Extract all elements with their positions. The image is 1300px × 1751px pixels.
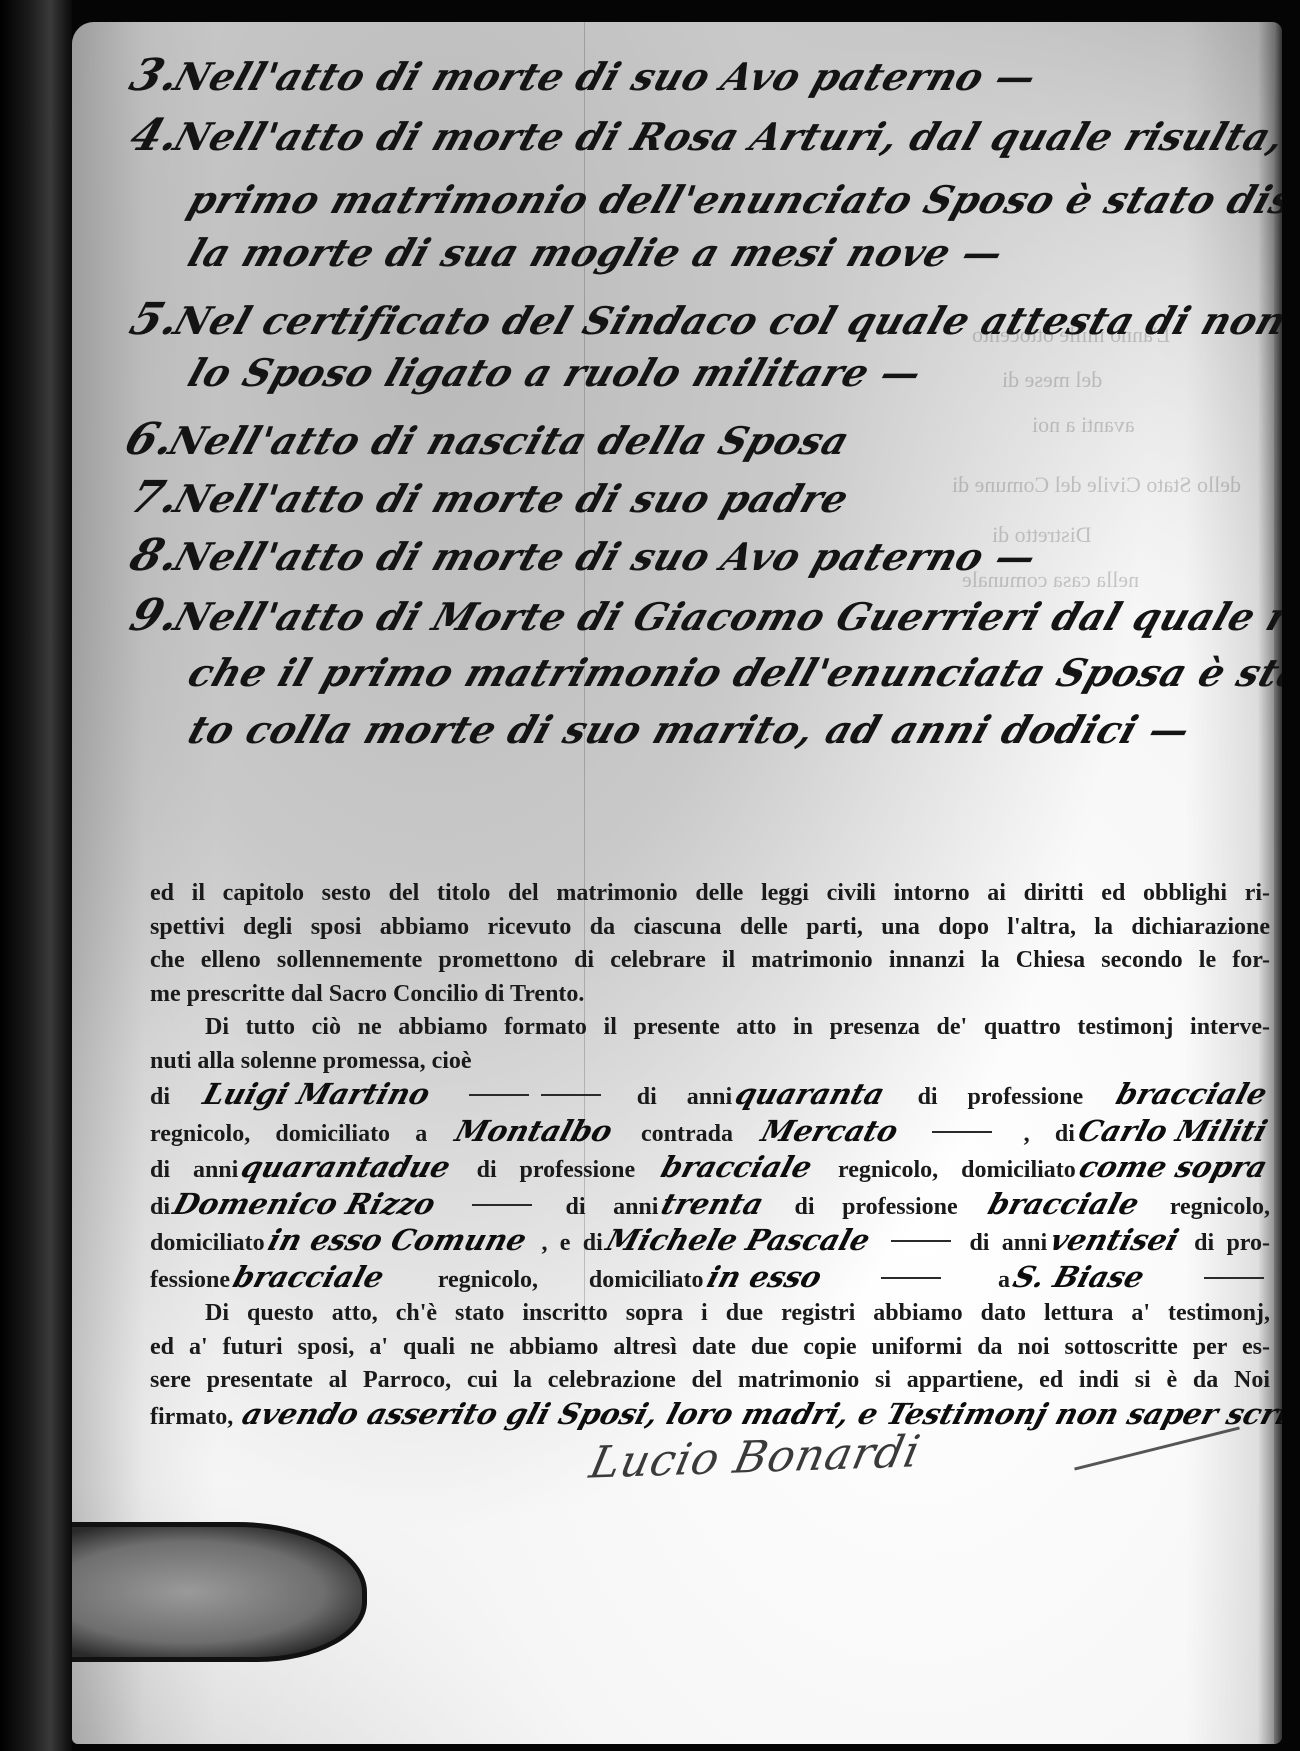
list-item-8: 8.Nell'atto di morte di suo Avo paterno … xyxy=(124,530,1044,581)
witness-line: di Luigi Martino di anniquaranta di prof… xyxy=(150,1078,1270,1115)
blank-dash xyxy=(469,1094,529,1096)
witness-4-age: ventisei xyxy=(1046,1224,1182,1258)
register-page: L'anno mille ottocento del mese di avant… xyxy=(72,22,1282,1744)
printed-line: sere presentate al Parroco, cui la celeb… xyxy=(150,1364,1270,1398)
printed-line: ed a' futuri sposi, a' quali ne abbiamo … xyxy=(150,1331,1270,1365)
closing-line: firmato, avendo asserito gli Sposi, loro… xyxy=(150,1398,1270,1435)
list-item-9-continuation: che il primo matrimonio dell'enunciata S… xyxy=(183,650,1282,695)
printed-line: che elleno sollennemente promettono di c… xyxy=(150,944,1270,978)
blank-dash xyxy=(541,1094,601,1096)
witness-line: domiciliatoin esso Comune , e diMichele … xyxy=(150,1224,1270,1261)
list-item-4: 4.Nell'atto di morte di Rosa Arturi, dal… xyxy=(124,110,1282,161)
printed-line: Di tutto ciò ne abbiamo formato il prese… xyxy=(150,1011,1270,1045)
blank-dash xyxy=(932,1131,992,1133)
list-item-6: 6.Nell'atto di nascita della Sposa xyxy=(119,414,857,465)
witness-1-domicile: Montalbo xyxy=(452,1115,617,1149)
list-item-4-continuation: la morte di sua moglie a mesi nove — xyxy=(183,230,1010,275)
printed-line: spettivi degli sposi abbiamo ricevuto da… xyxy=(150,911,1270,945)
blank-dash xyxy=(472,1204,532,1206)
bleedthrough-text: del mese di xyxy=(1002,367,1102,393)
bleedthrough-text: dello Stato Civile del Comune di xyxy=(952,472,1241,498)
witness-line: regnicolo, domiciliato a Montalbo contra… xyxy=(150,1115,1270,1152)
witness-2-name: Carlo Militi xyxy=(1074,1115,1271,1149)
officer-signature: Lucio Bonardi xyxy=(585,1426,925,1488)
list-item-4-continuation: primo matrimonio dell'enunciato Sposo è … xyxy=(183,177,1282,222)
witness-1-age: quaranta xyxy=(731,1078,888,1112)
list-item-3: 3.Nell'atto di morte di suo Avo paterno … xyxy=(124,50,1044,101)
witness-4-domicile: in esso xyxy=(703,1261,825,1295)
witness-4-street: S. Biase xyxy=(1009,1261,1148,1295)
blank-dash xyxy=(1204,1277,1264,1279)
page-right-edge xyxy=(1274,22,1282,1744)
witness-line: fessionebracciale regnicolo, domiciliato… xyxy=(150,1261,1270,1298)
list-item-9-continuation: to colla morte di suo marito, ad anni do… xyxy=(183,707,1197,752)
witness-3-age: trenta xyxy=(658,1188,768,1222)
witness-3-name: Domenico Rizzo xyxy=(169,1188,439,1222)
witness-3-domicile: in esso Comune xyxy=(264,1224,530,1258)
printed-form-text: ed il capitolo sesto del titolo del matr… xyxy=(150,877,1270,1434)
witness-4-profession: bracciale xyxy=(229,1261,388,1295)
printed-line: nuti alla solenne promessa, cioè xyxy=(150,1045,1270,1079)
blank-dash xyxy=(881,1277,941,1279)
witness-line: diDomenico Rizzo di annitrenta di profes… xyxy=(150,1188,1270,1225)
witness-1-street: Mercato xyxy=(757,1115,902,1149)
list-item-9: 9.Nell'atto di Morte di Giacomo Guerrier… xyxy=(124,590,1282,641)
bleedthrough-text: avanti a noi xyxy=(1032,412,1135,438)
list-item-5: 5.Nel certificato del Sindaco col quale … xyxy=(124,294,1282,345)
witness-2-domicile: come sopra xyxy=(1075,1151,1271,1185)
list-item-7: 7.Nell'atto di morte di suo padre xyxy=(124,472,856,523)
printed-line: ed il capitolo sesto del titolo del matr… xyxy=(150,877,1270,911)
blank-dash xyxy=(891,1240,951,1242)
printed-line: Di questo atto, ch'è stato inscritto sop… xyxy=(150,1297,1270,1331)
witness-4-name: Michele Pascale xyxy=(602,1224,874,1258)
binding-tab xyxy=(72,1522,367,1662)
witness-2-profession: bracciale xyxy=(657,1151,816,1185)
printed-line: me prescritte dal Sacro Concilio di Tren… xyxy=(150,978,1270,1012)
witness-line: di anniquarantadue di professione bracci… xyxy=(150,1151,1270,1188)
witness-1-profession: bracciale xyxy=(1112,1078,1271,1112)
witness-3-profession: bracciale xyxy=(984,1188,1143,1222)
witness-2-age: quarantadue xyxy=(238,1151,455,1185)
witness-1-name: Luigi Martino xyxy=(199,1078,434,1112)
closing-handwritten-note: avendo asserito gli Sposi, loro madri, e… xyxy=(238,1398,1282,1432)
scanner-background-left xyxy=(0,0,72,1751)
list-item-5-continuation: lo Sposo ligato a ruolo militare — xyxy=(183,350,928,395)
